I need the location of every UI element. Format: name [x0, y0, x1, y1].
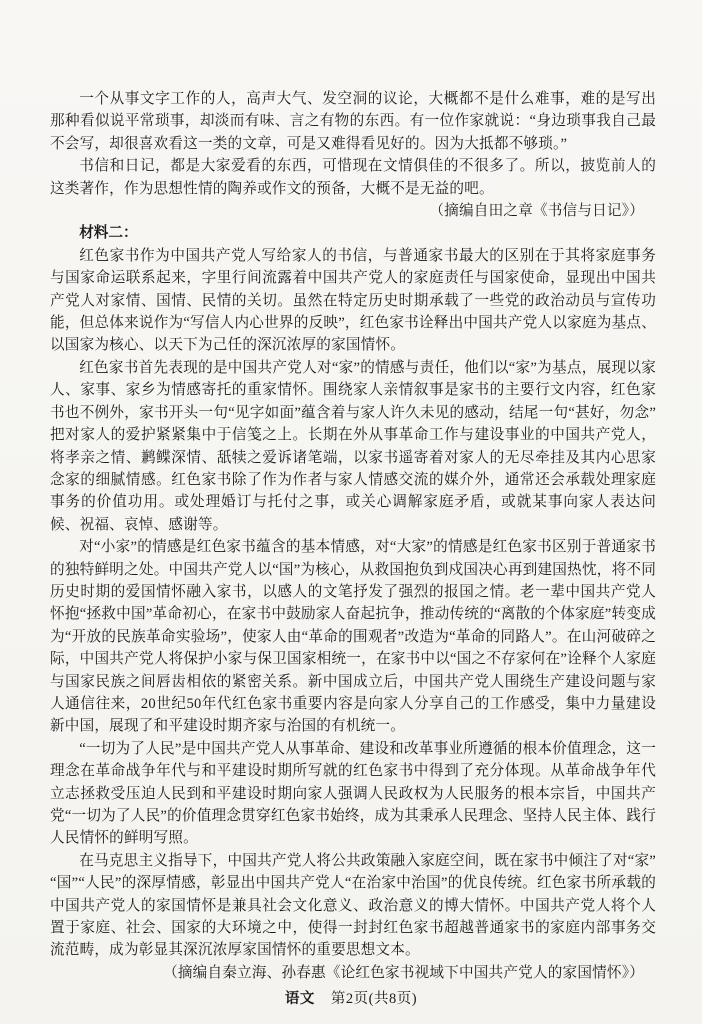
footer-page-number: 第2页(共8页): [331, 991, 417, 1007]
page-content: 一个从事文字工作的人，高声大气、发空洞的议论，大概都不是什么难事，难的是写出那种…: [50, 88, 656, 984]
paragraph: 书信和日记，都是大家爱看的东西，可惜现在文情俱佳的不很多了。所以，披览前人的这类…: [50, 155, 656, 200]
paragraph: 对“小家”的情感是红色家书蕴含的基本情感，对“大家”的情感是红色家书区别于普通家…: [50, 536, 656, 738]
paragraph: “一切为了人民”是中国共产党人从事革命、建设和改革事业所遵循的根本价值理念，这一…: [50, 738, 656, 850]
material-two-attribution: （摘编自秦立海、孙春惠《论红色家书视域下中国共产党人的家国情怀》）: [50, 962, 656, 984]
paragraph: 在马克思主义指导下，中国共产党人将公共政策融入家庭空间，既在家书中倾注了对“家”…: [50, 850, 656, 962]
paragraph: 红色家书作为中国共产党人写给家人的书信，与普通家书最大的区别在于其将家庭事务与国…: [50, 245, 656, 357]
material-two-heading: 材料二：: [50, 222, 656, 244]
material-one-attribution: （摘编自田之章《书信与日记》）: [50, 200, 656, 222]
footer-subject-label: 语文: [285, 991, 315, 1007]
page-footer: 语文第2页(共8页): [0, 987, 702, 1008]
exam-paper-page: 一个从事文字工作的人，高声大气、发空洞的议论，大概都不是什么难事，难的是写出那种…: [0, 0, 702, 1024]
paragraph: 一个从事文字工作的人，高声大气、发空洞的议论，大概都不是什么难事，难的是写出那种…: [50, 88, 656, 155]
paragraph: 红色家书首先表现的是中国共产党人对“家”的情感与责任，他们以“家”为基点，展现以…: [50, 357, 656, 536]
